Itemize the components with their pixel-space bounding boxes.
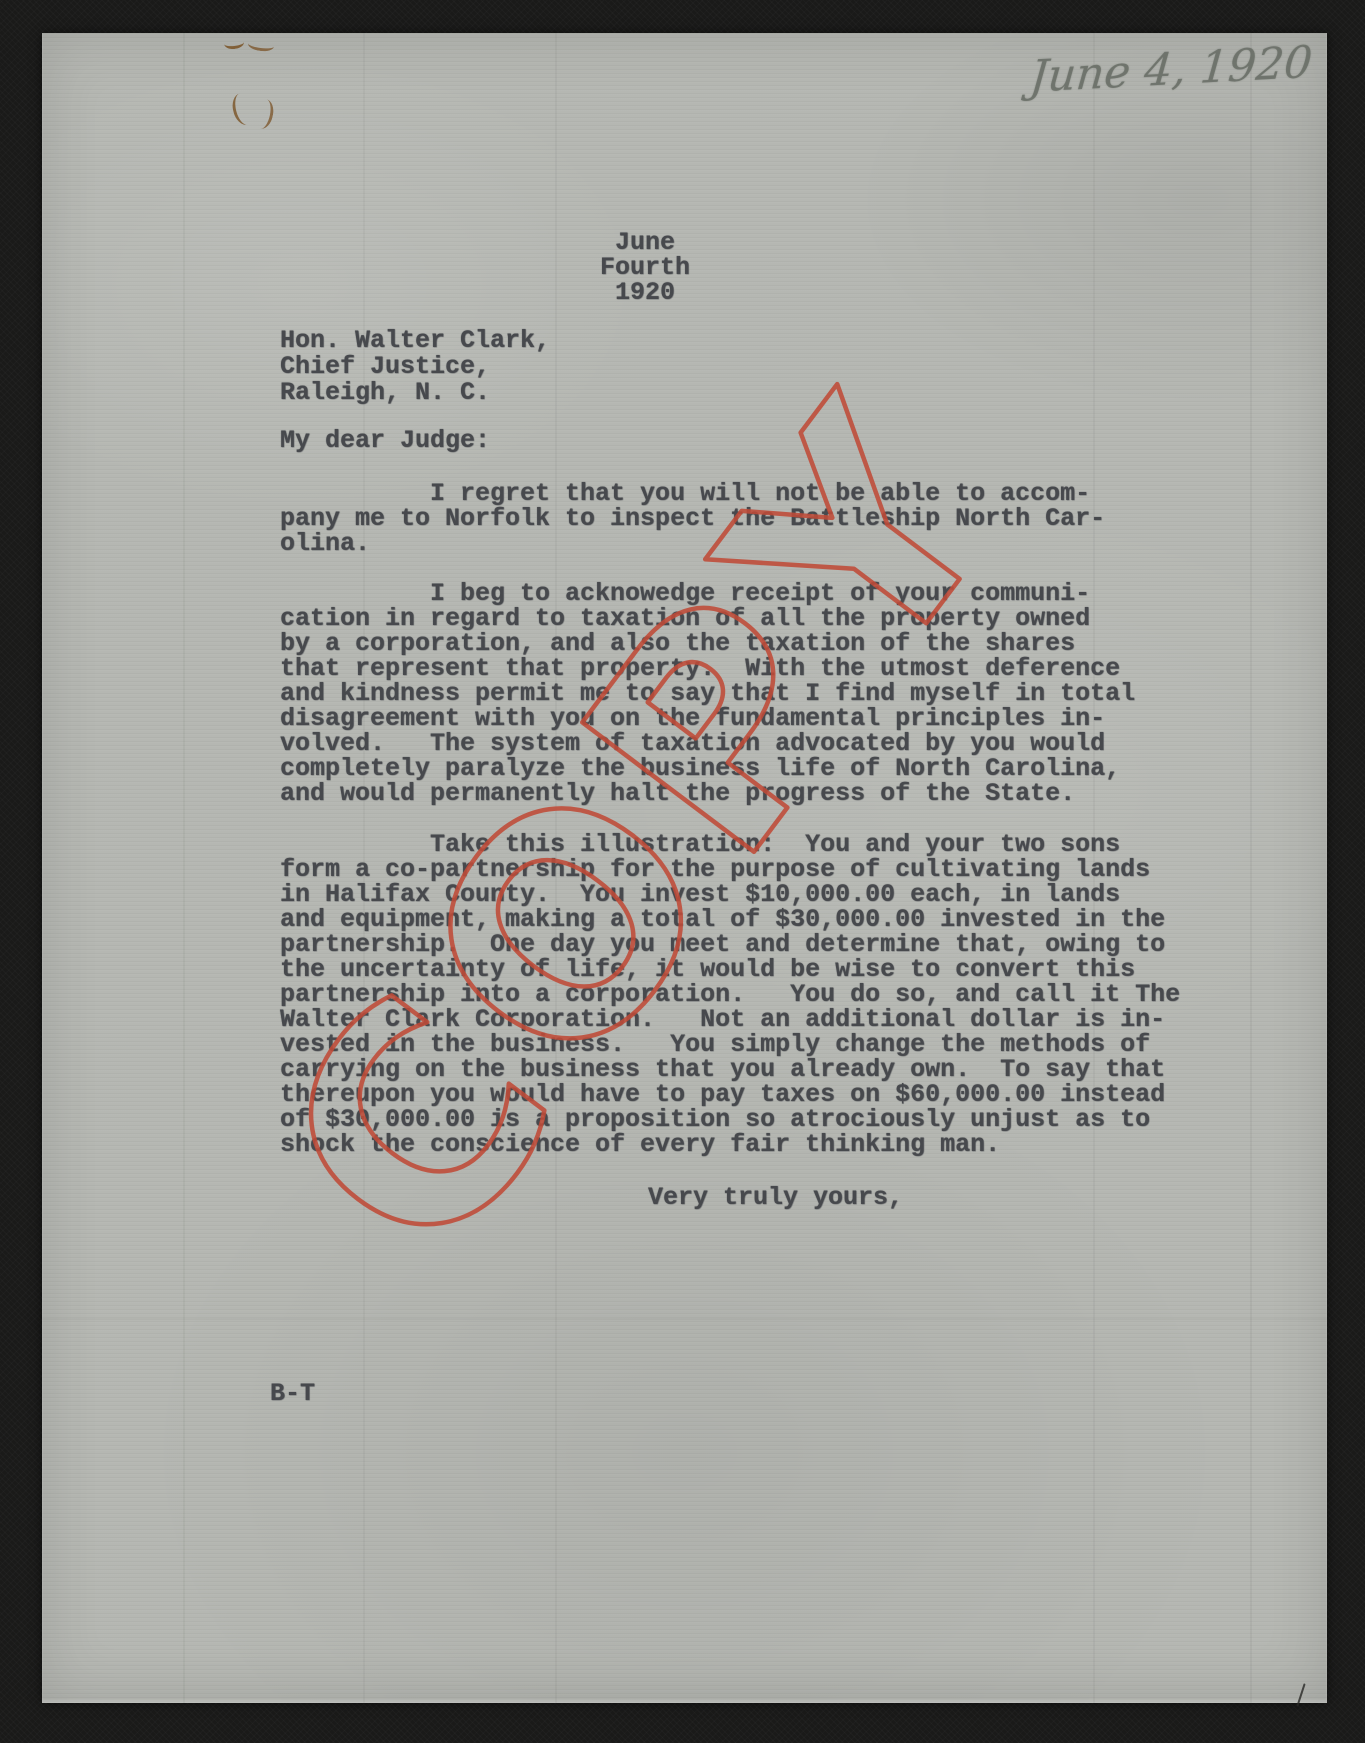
body-paragraph-1: I regret that you will not be able to ac… [280,481,1105,556]
body-paragraph-2: I beg to acknowedge receipt of your comm… [280,581,1135,806]
paper-crease-horizontal [42,1318,1327,1320]
paper-crease-vertical [1250,33,1252,1703]
scanned-letter-page: { "document": { "handwritten_date": "Jun… [0,0,1365,1743]
salutation: My dear Judge: [280,428,490,453]
rust-stain [251,97,276,130]
pen-mark [1296,1683,1305,1706]
typed-date-block: June Fourth 1920 [495,230,795,305]
rust-stain [223,36,244,50]
rust-stain [247,37,274,52]
body-paragraph-3: Take this illustration: You and your two… [280,832,1180,1157]
recipient-address: Hon. Walter Clark, Chief Justice, Raleig… [280,328,550,406]
typist-initials: B-T [270,1381,315,1406]
handwritten-date: June 4, 1920 [1028,34,1362,103]
letter-paper: June 4, 1920 June Fourth 1920 Hon. Walte… [42,33,1327,1703]
paper-crease-vertical [183,33,185,1703]
closing-line: Very truly yours, [648,1185,903,1210]
